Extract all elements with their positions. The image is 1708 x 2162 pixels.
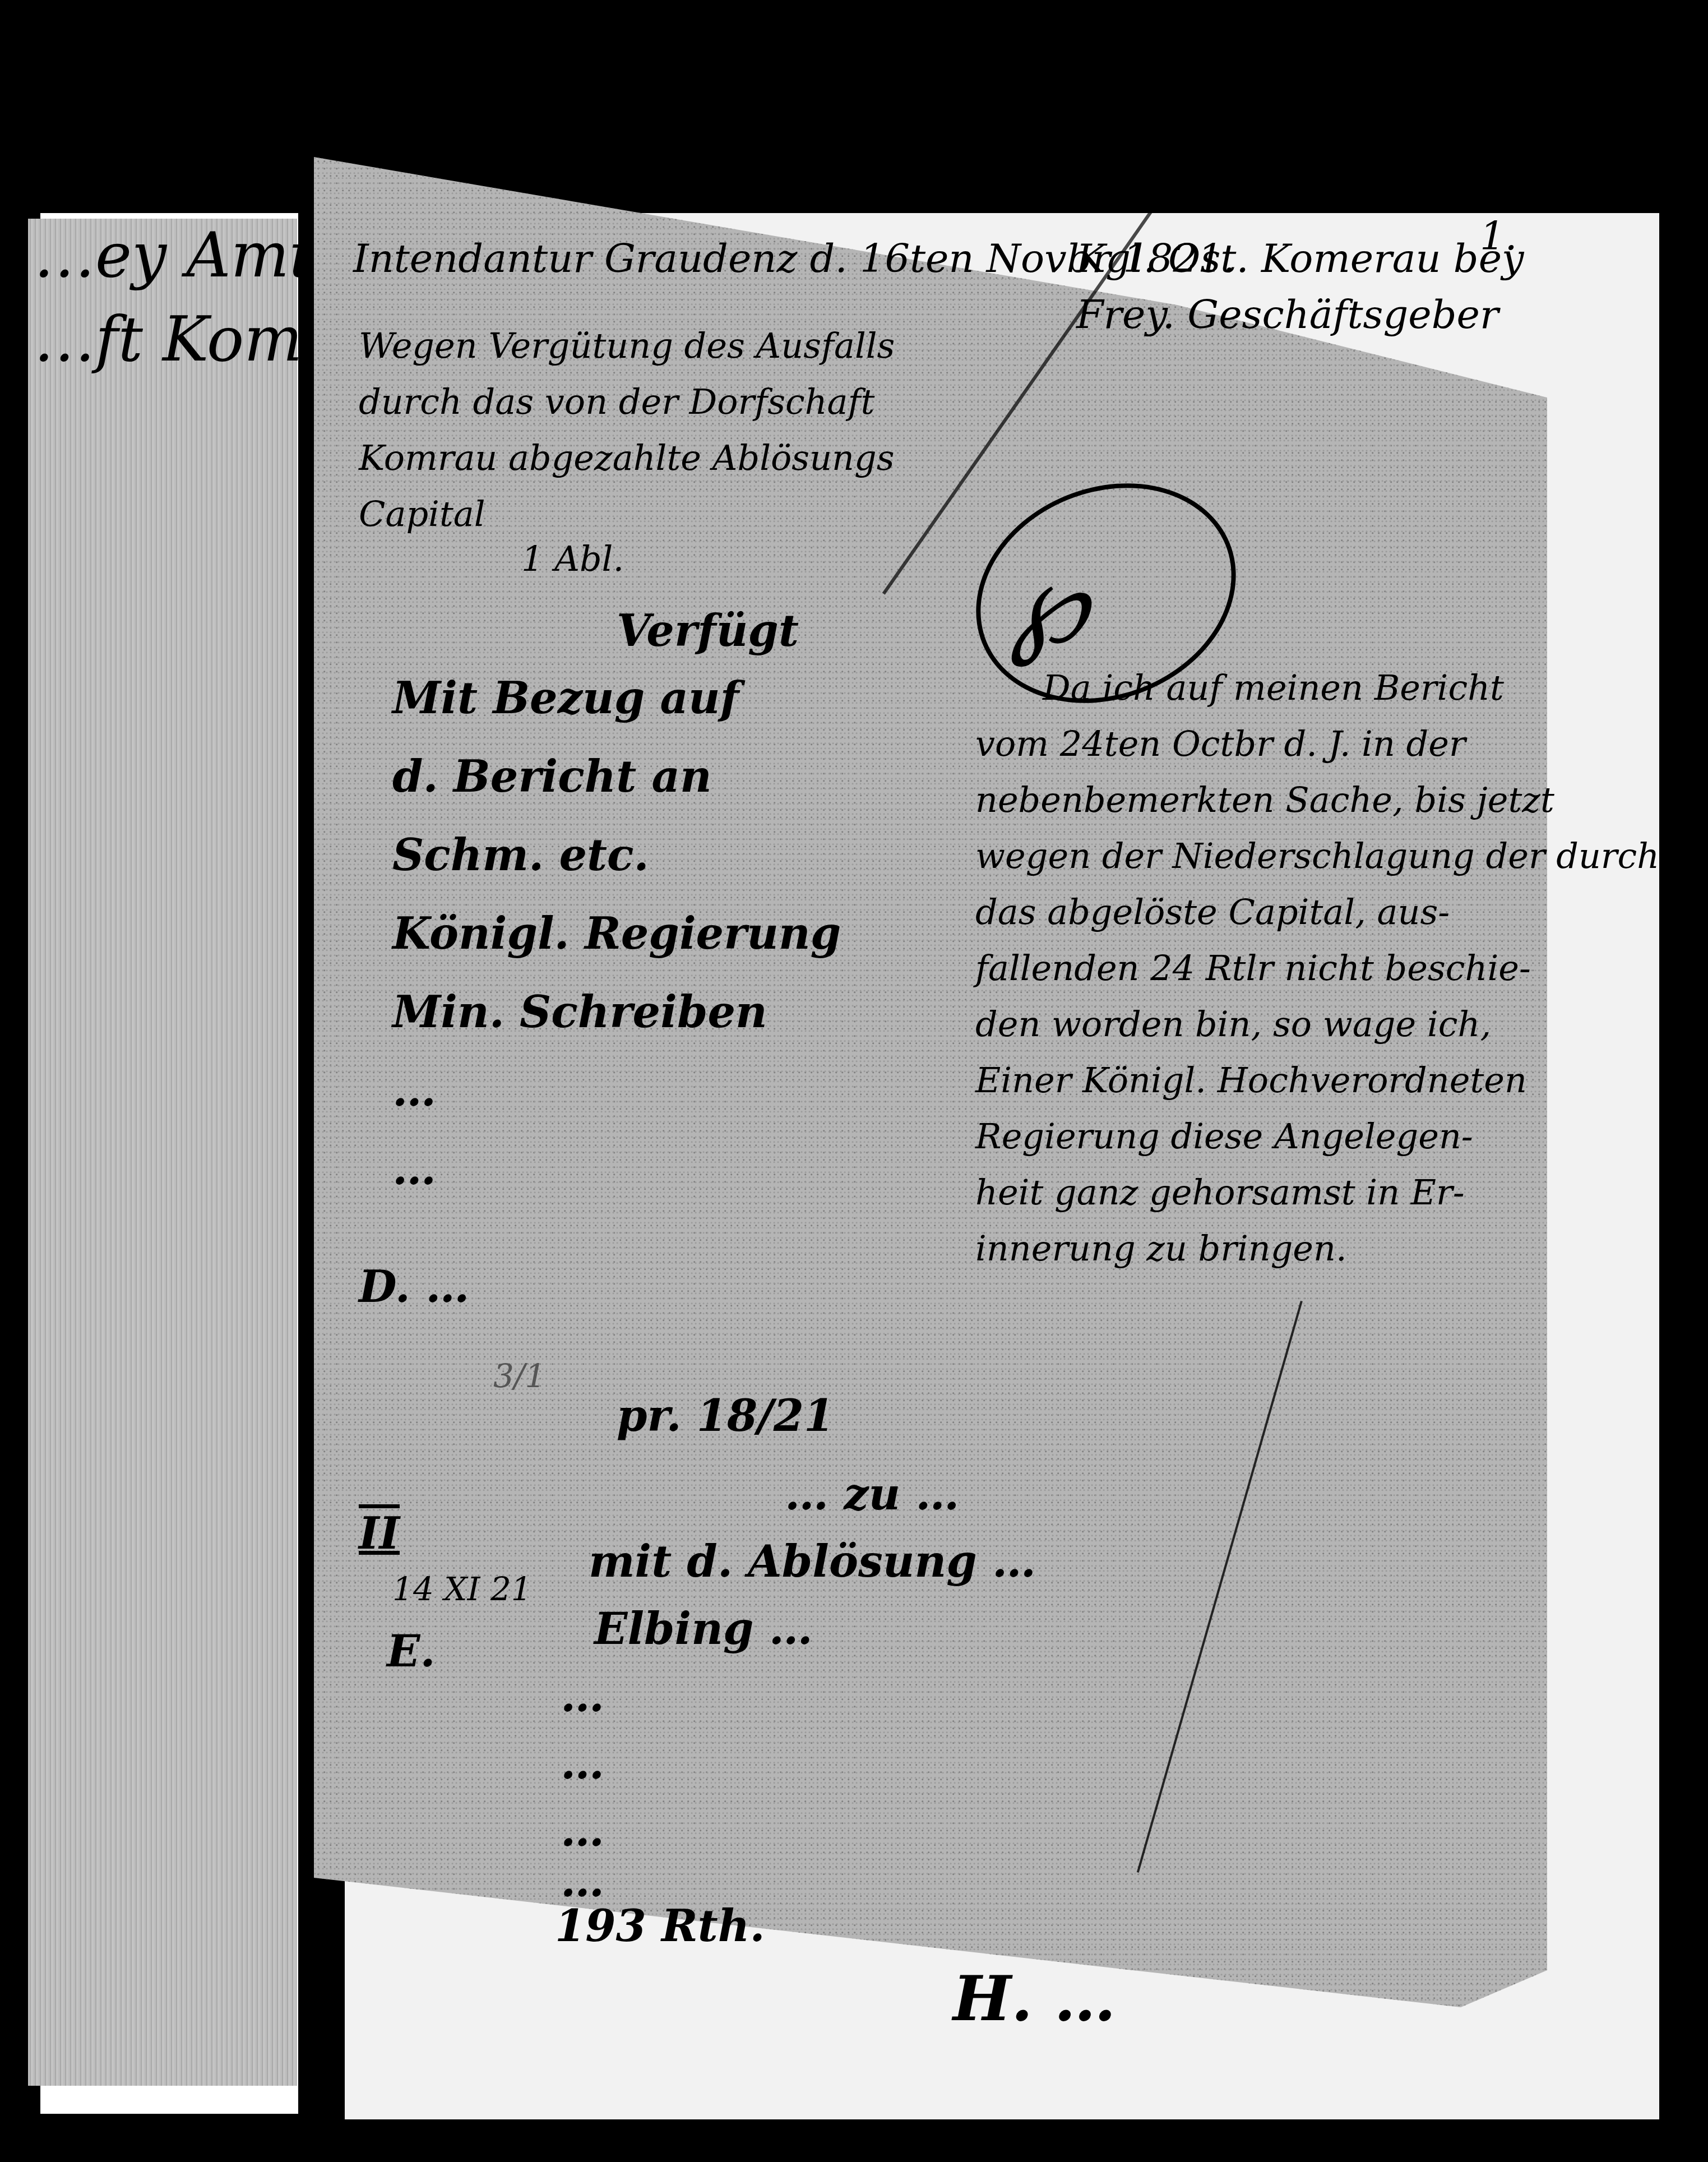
page-number: 1. — [1480, 213, 1517, 259]
letter-line: vom 24ten Octbr d. J. in der — [975, 723, 1466, 764]
margin-date: 14 XI 21 — [392, 1570, 532, 1608]
draft-line: … — [392, 1144, 436, 1195]
draft-line: … — [392, 1065, 436, 1116]
amount: 193 Rth. — [555, 1901, 765, 1952]
left-strip-line: …ey Amt Schwetz — [34, 213, 297, 297]
signature: H. … — [953, 1962, 1116, 2035]
draft-line: … — [561, 1856, 604, 1907]
pencil-mark: 3/1 — [493, 1357, 545, 1395]
subject-line: Komrau abgezahlte Ablösungs — [359, 437, 895, 478]
letter-line: das abgelöste Capital, aus- — [975, 891, 1450, 932]
letter-line: Einer Königl. Hochverordneten — [975, 1060, 1527, 1101]
draft-line: Schm. etc. — [392, 830, 649, 881]
letter-line: den worden bin, so wage ich, — [975, 1004, 1491, 1045]
letter-line: fallenden 24 Rtlr nicht beschie- — [975, 948, 1531, 988]
letter-line: heit ganz gehorsamst in Er- — [975, 1172, 1465, 1213]
header-right-line2: Frey. Geschäftsgeber — [1076, 292, 1498, 338]
subject-line: Wegen Vergütung des Ausfalls — [359, 325, 895, 366]
draft-line: Verfügt — [617, 606, 799, 657]
draft-line: … zu … — [785, 1469, 959, 1520]
draft-line: … — [561, 1671, 604, 1722]
draft-line: … — [561, 1805, 604, 1856]
letter-line: Regierung diese Angelegen- — [975, 1116, 1473, 1157]
draft-line: D. … — [359, 1262, 469, 1313]
subject-line: durch das von der Dorfschaft — [359, 381, 874, 422]
letter-line: Da ich auf meinen Bericht — [1043, 667, 1504, 708]
margin-initial: E. — [387, 1626, 436, 1677]
subject-ref: 1 Abl. — [521, 538, 624, 579]
draft-line: Min. Schreiben — [392, 987, 767, 1038]
letter-line: nebenbemerkten Sache, bis jetzt — [975, 779, 1554, 820]
letter-line: innerung zu bringen. — [975, 1228, 1347, 1269]
left-strip-line: …ft Komerau — [34, 297, 297, 381]
draft-line: … — [561, 1738, 604, 1789]
flourish-seal-glyph: ℘ — [1009, 538, 1087, 669]
draft-line: Mit Bezug auf — [392, 673, 739, 724]
subject-line: Capital — [359, 493, 485, 534]
header-right-line1: Kgl. Ost. Komerau bey — [1076, 235, 1524, 281]
draft-line: mit d. Ablösung … — [589, 1536, 1036, 1587]
left-strip-text: …ey Amt Schwetz …ft Komerau — [34, 213, 297, 381]
margin-roman: II — [359, 1508, 400, 1559]
left-strip-paper — [28, 219, 297, 2086]
draft-line: Königl. Regierung — [392, 908, 841, 959]
draft-line: pr. 18/21 — [617, 1390, 834, 1442]
draft-line: Elbing … — [594, 1604, 813, 1655]
letter-line: wegen der Niederschlagung der durch — [975, 835, 1659, 876]
draft-line: d. Bericht an — [392, 751, 712, 802]
